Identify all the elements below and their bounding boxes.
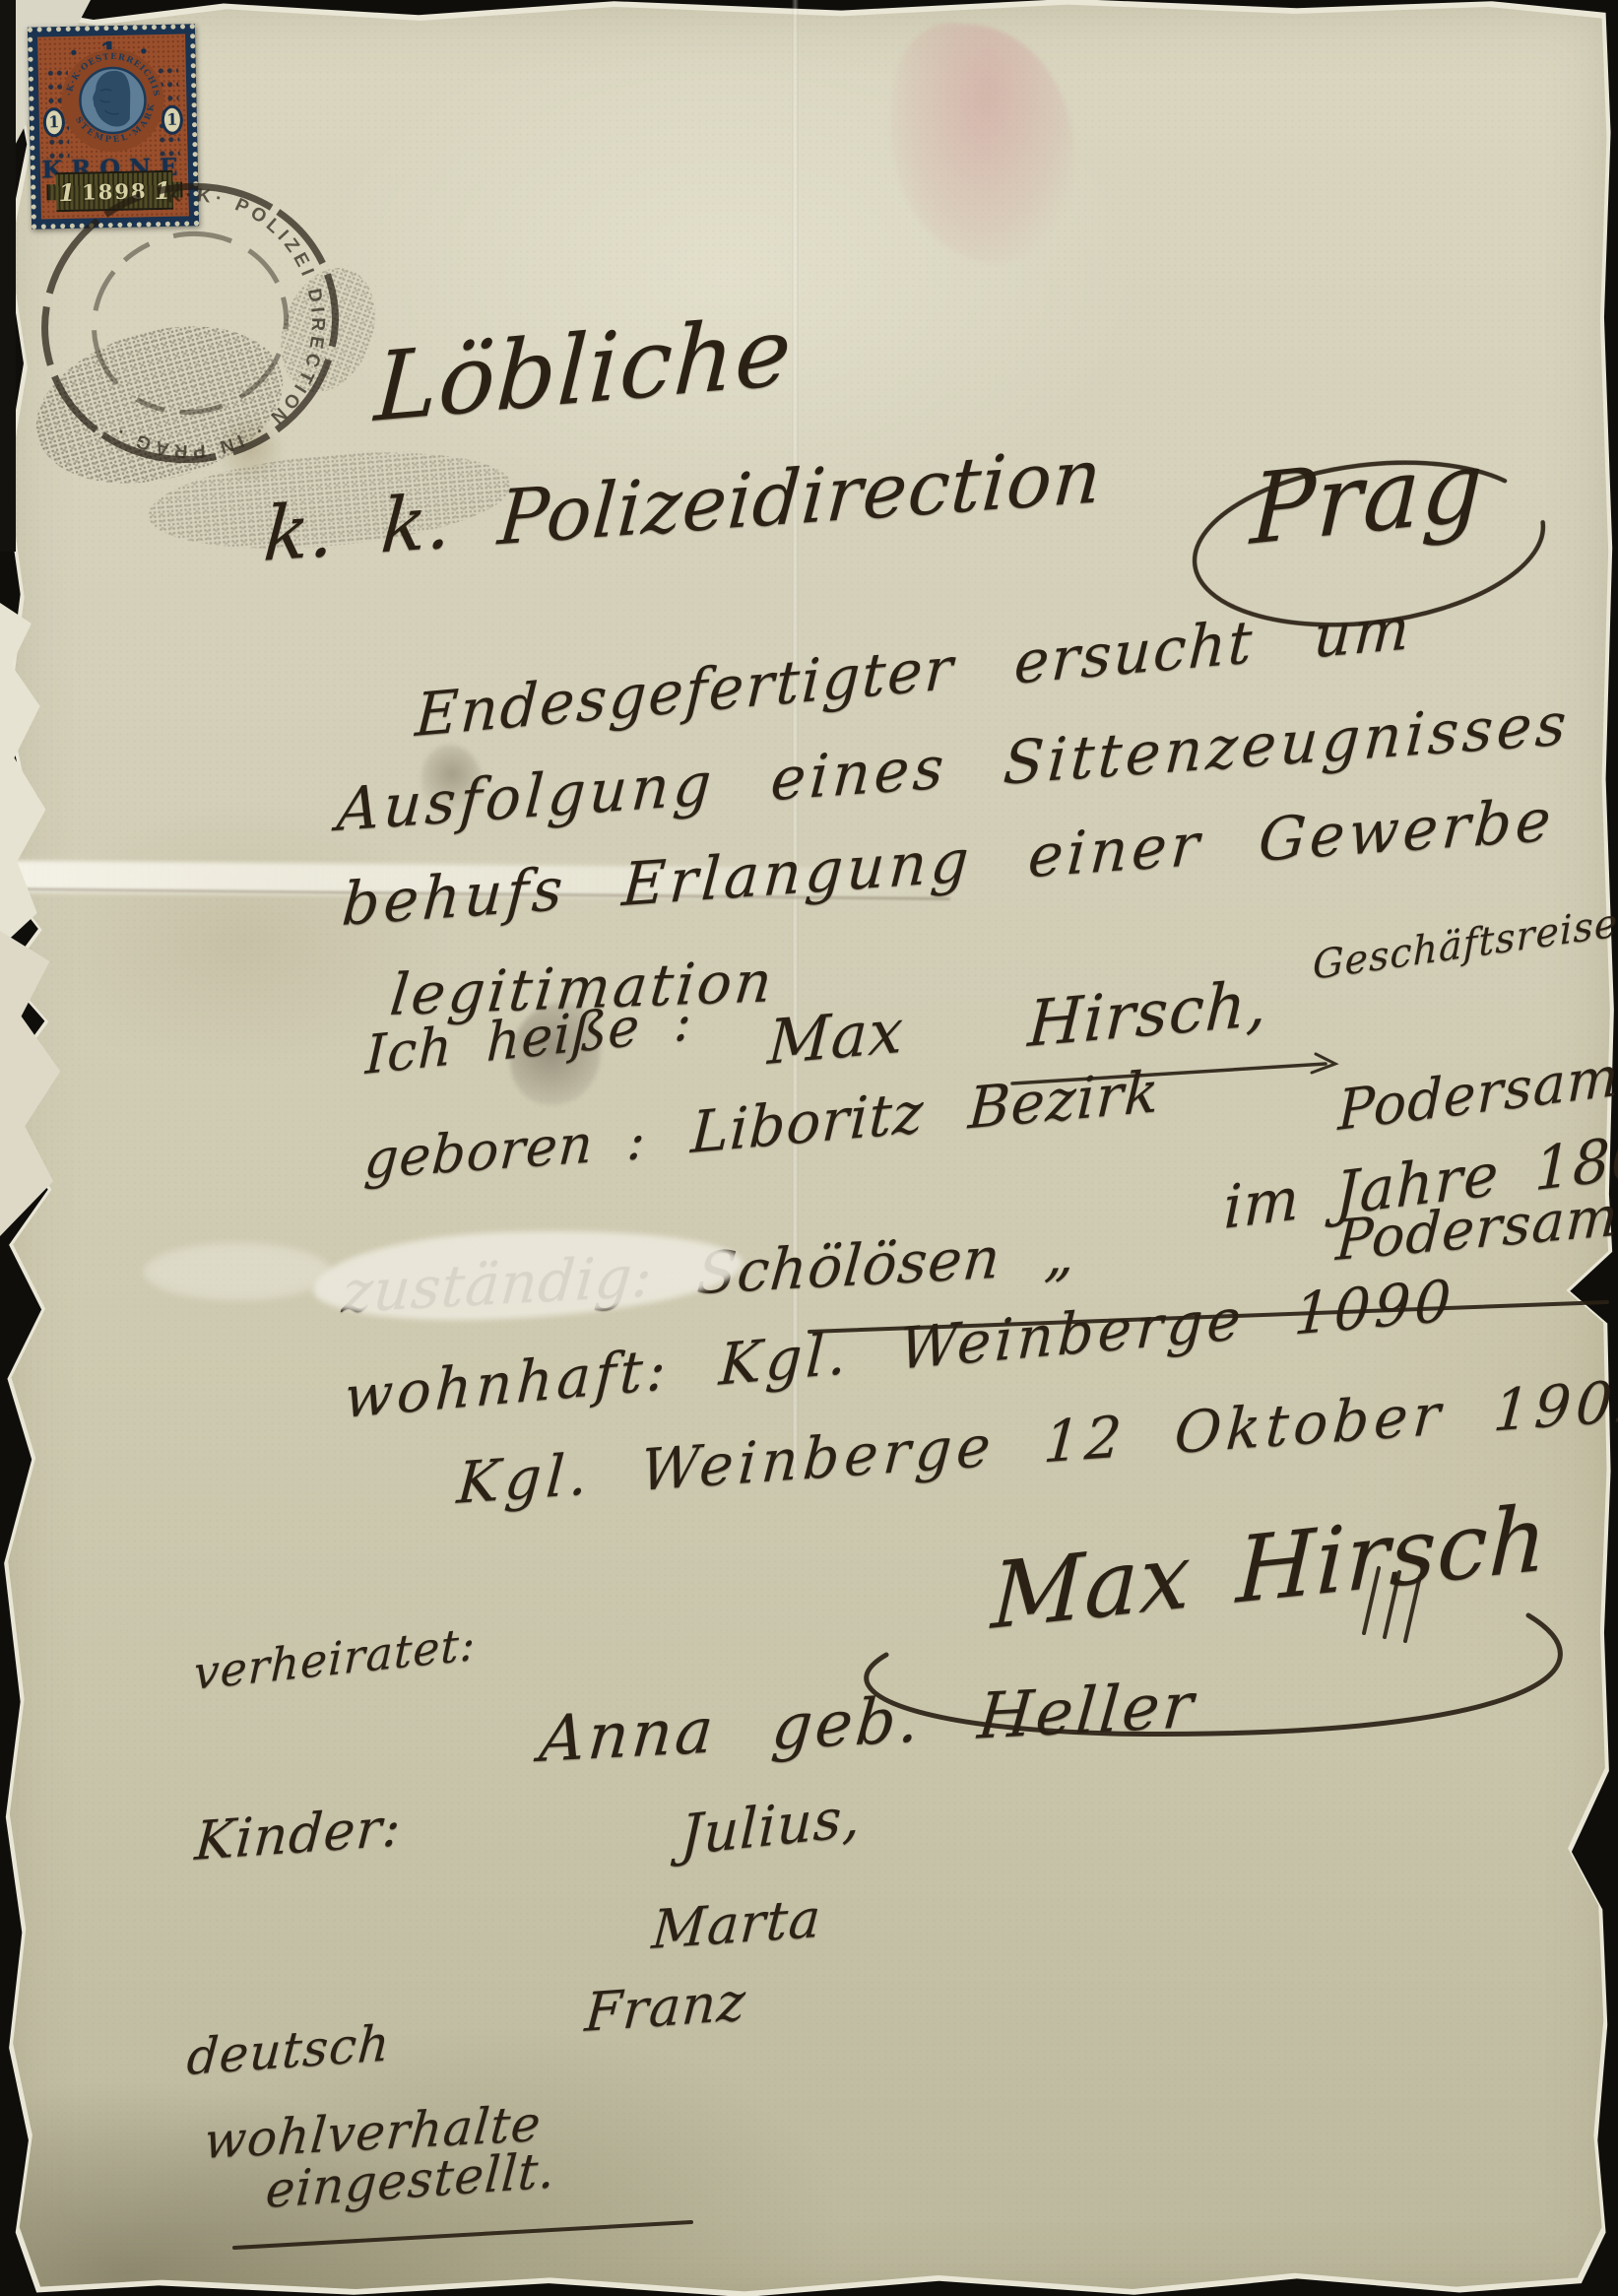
- stamp-portrait-medallion: ·K·K·OESTERREICHISCHE· STEMPEL·MARKE: [56, 44, 168, 157]
- document-scan: · 1 · 1 1 ·K·K·OESTERREICHISCHE· STEMPEL…: [0, 0, 1618, 2296]
- paper-abrasion-patch-left: [144, 1243, 331, 1300]
- first-name: Max: [766, 994, 906, 1079]
- child-name-3: Franz: [583, 1970, 748, 2044]
- child-name-2: Marta: [650, 1887, 823, 1961]
